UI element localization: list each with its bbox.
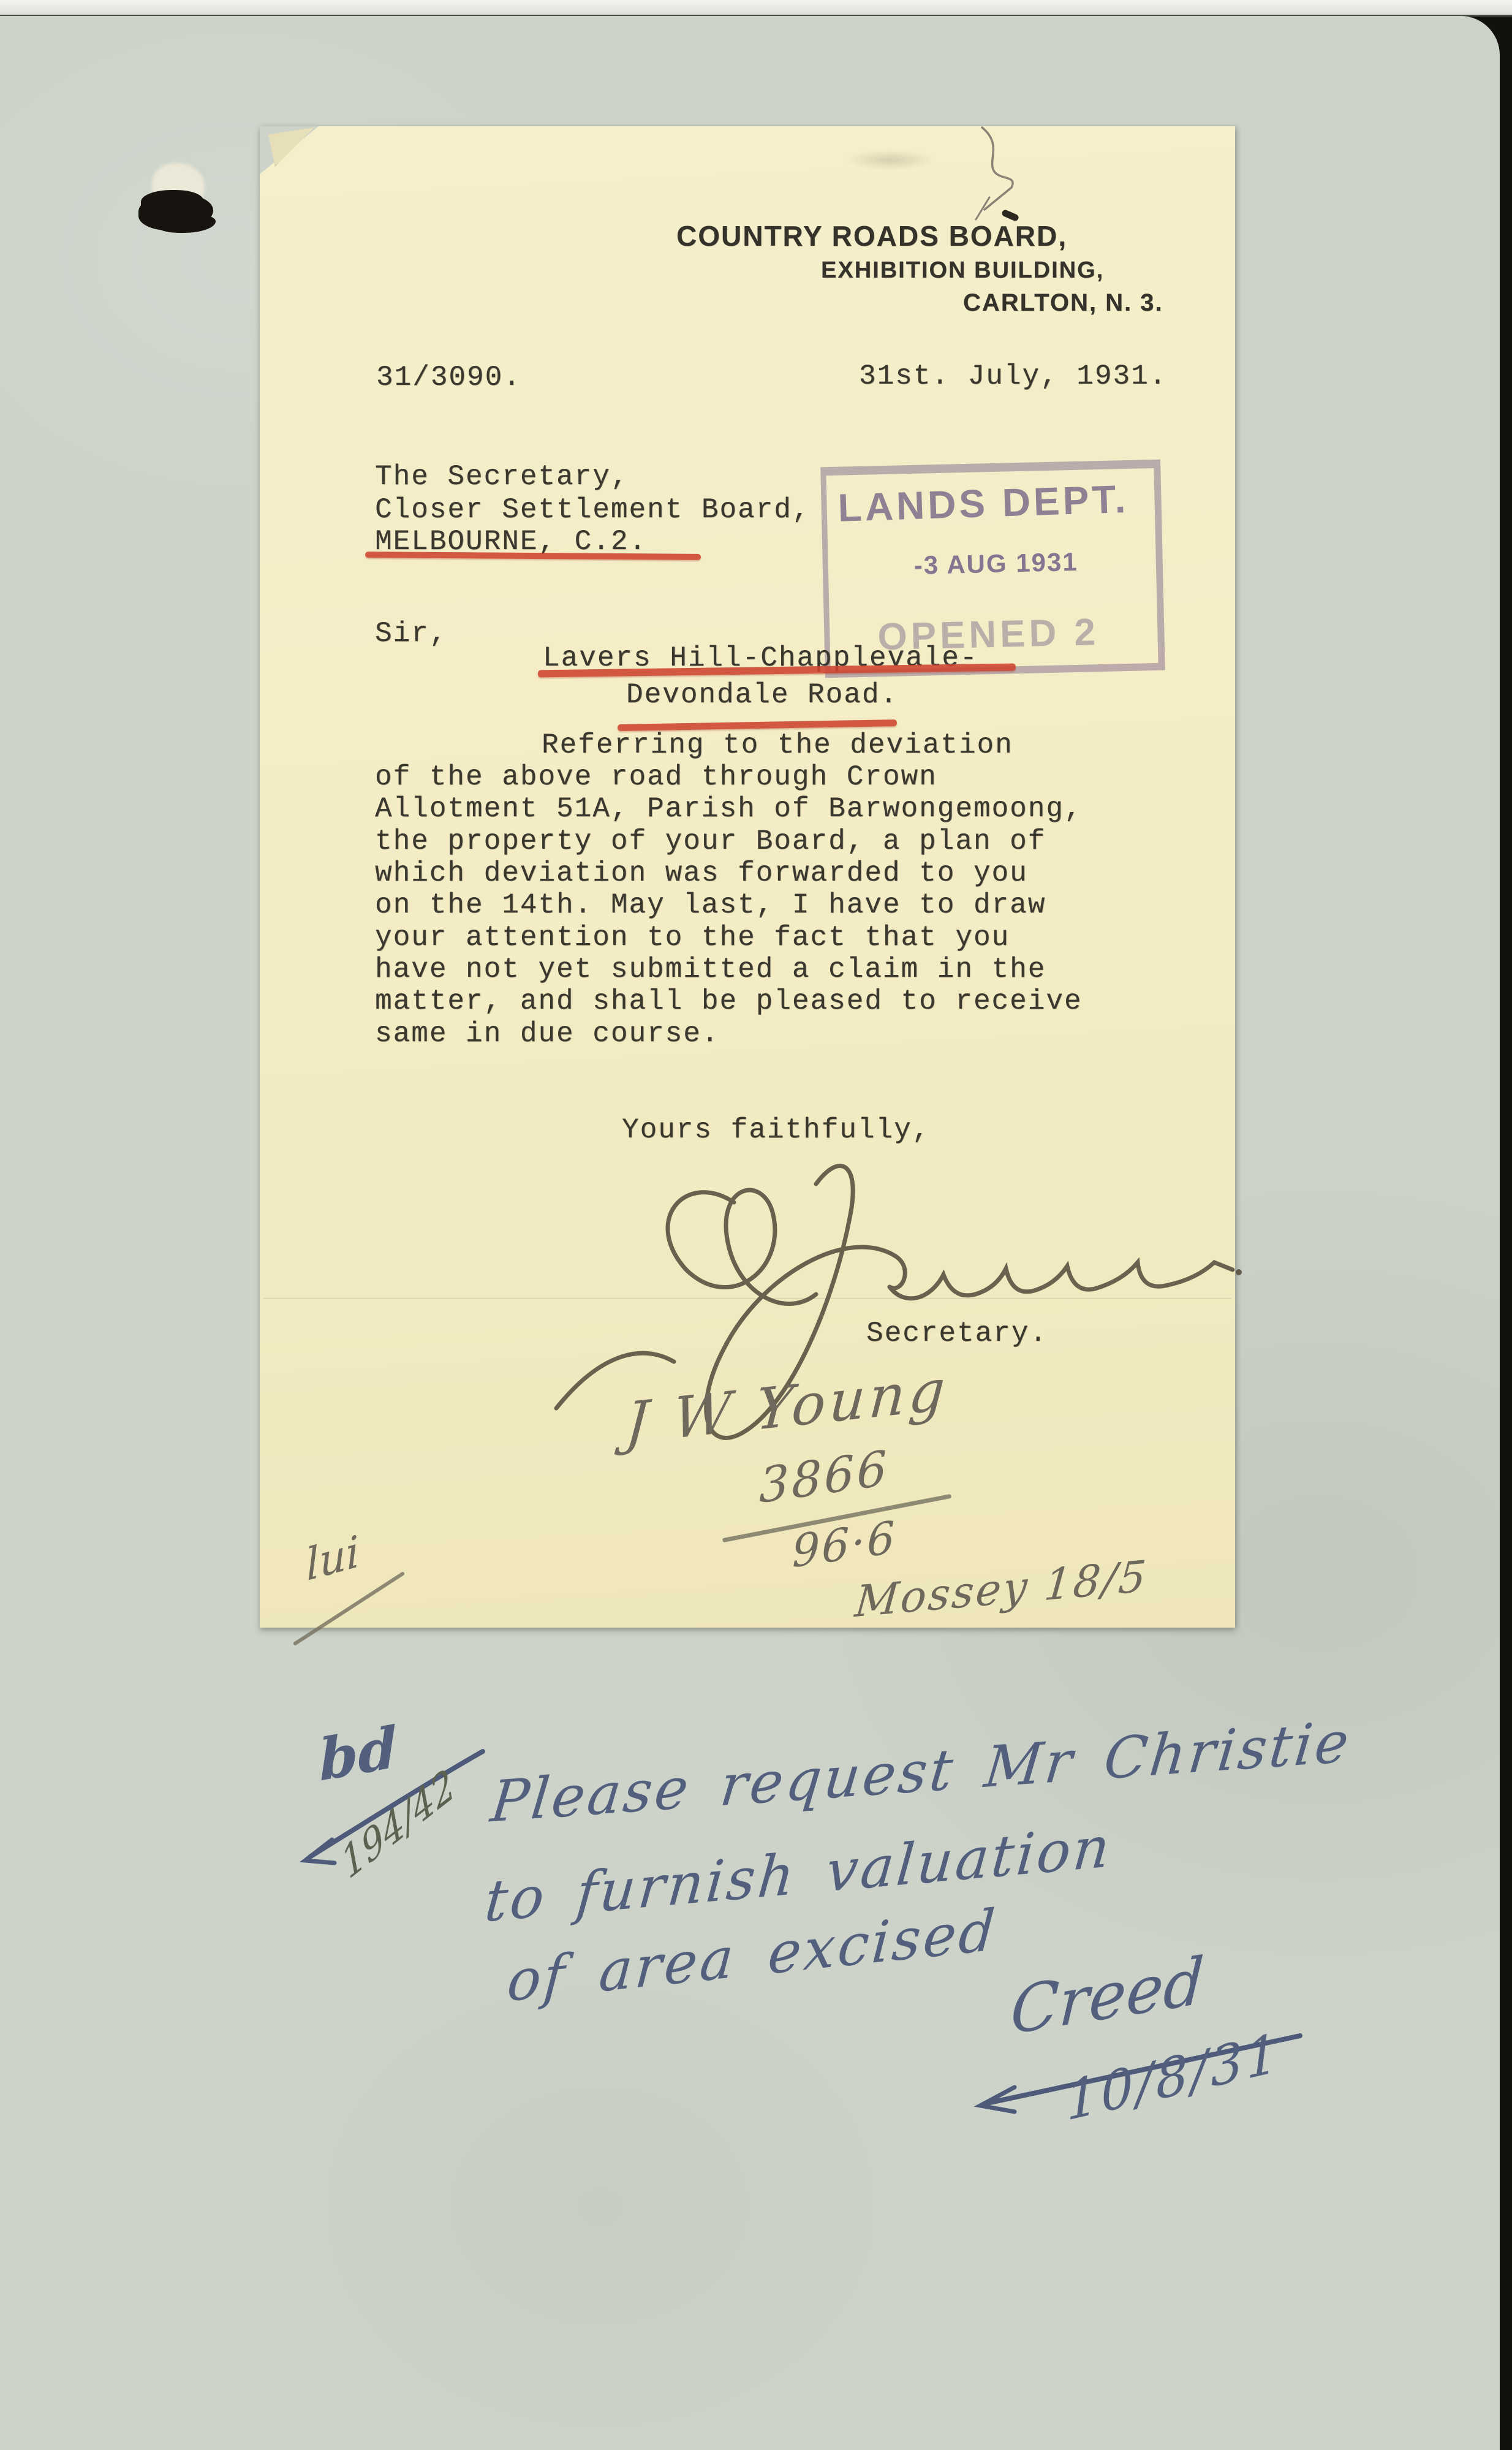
body-line: same in due course. bbox=[375, 1018, 720, 1050]
subject-line-2: Devondale Road. bbox=[626, 679, 898, 711]
recipient-line-1: The Secretary, bbox=[375, 461, 629, 493]
valediction: Yours faithfully, bbox=[622, 1114, 930, 1146]
scanner-edge bbox=[0, 0, 1512, 17]
recipient-line-2: Closer Settlement Board, bbox=[375, 494, 811, 526]
stamp-date: -3 AUG 1931 bbox=[913, 547, 1078, 580]
body-line: matter, and shall be pleased to receive bbox=[375, 985, 1083, 1017]
body-line: Referring to the deviation bbox=[542, 729, 1013, 761]
letter-date: 31st. July, 1931. bbox=[859, 360, 1167, 392]
graphite-smear bbox=[826, 146, 954, 174]
letterhead-org: COUNTRY ROADS BOARD, bbox=[676, 219, 1067, 252]
letterhead-address: EXHIBITION BUILDING, bbox=[821, 257, 1104, 284]
body-line: have not yet submitted a claim in the bbox=[375, 954, 1046, 985]
body-line: the property of your Board, a plan of bbox=[375, 825, 1046, 857]
letterhead-suburb: CARLTON, N. 3. bbox=[963, 289, 1163, 317]
body-line: on the 14th. May last, I have to draw bbox=[375, 889, 1046, 921]
body-line: your attention to the fact that you bbox=[375, 922, 1010, 954]
signoff-title: Secretary. bbox=[866, 1318, 1048, 1349]
body-line: of the above road through Crown bbox=[375, 761, 937, 793]
body-line: which deviation was forwarded to you bbox=[375, 857, 1028, 889]
scanned-document: COUNTRY ROADS BOARD, EXHIBITION BUILDING… bbox=[0, 0, 1512, 2450]
body-line: Allotment 51A, Parish of Barwongemoong, bbox=[375, 793, 1083, 825]
salutation: Sir, bbox=[375, 618, 447, 650]
pencil-squiggle bbox=[947, 123, 1045, 227]
stamp-department: LANDS DEPT. bbox=[837, 476, 1130, 531]
file-number: 31/3090. bbox=[376, 362, 521, 393]
